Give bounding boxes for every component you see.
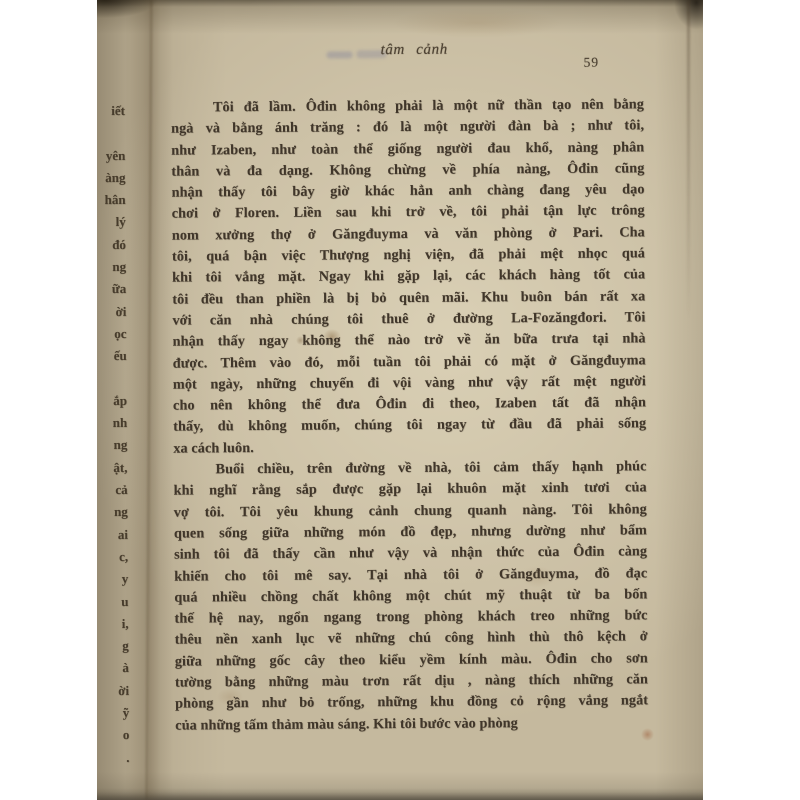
left-page-text-fragment: ời — [97, 301, 126, 324]
left-page-text-fragment: yên — [97, 145, 125, 168]
left-page-text-fragment: à — [99, 657, 129, 680]
left-page-text-fragment: ữa — [97, 278, 126, 301]
text-line: ngà và bằng ánh trăng : đó là một người … — [171, 116, 644, 141]
left-page-text-fragment: c, — [98, 546, 128, 569]
left-page-text-fragment — [97, 367, 127, 390]
left-page-text-fragment: hân — [97, 189, 126, 212]
left-page-text-fragment: ỹ — [99, 702, 129, 725]
left-page-text-fragment: ắp — [97, 390, 127, 413]
left-page-text-fragment: lý — [97, 211, 126, 234]
page-content: iếtyênànghânlýđóngữaờiọcếuắpnhngật,cảnga… — [97, 0, 703, 800]
left-page-text-fragment: ọc — [97, 323, 127, 346]
left-page-text-fragment: i, — [98, 613, 128, 636]
left-page-text-fragment: iết — [97, 100, 125, 123]
bottom-edge-shadow — [97, 788, 703, 800]
text-line: được. Thêm vào đó, mỗi tuần tôi phải có … — [173, 350, 646, 375]
left-page-text-fragment: cả — [98, 479, 128, 502]
left-page-text-fragment — [97, 122, 125, 145]
left-page-text-fragment: ời — [99, 680, 129, 703]
faint-ink-smudge — [327, 48, 389, 60]
running-header-title: tâm cảnh — [381, 42, 448, 59]
left-page-text-fragment: àng — [97, 167, 126, 190]
page-number: 59 — [584, 55, 600, 71]
text-line: khi nghĩ rằng sắp được gặp lại khuôn mặt… — [174, 478, 647, 503]
text-line: phòng gần như bỏ trống, những khu đồng c… — [175, 691, 648, 716]
text-line: khiến cho tôi mê say. Tại nhà tôi ở Găng… — [174, 563, 647, 588]
left-page-text-fragments: iếtyênànghânlýđóngữaờiọcếuắpnhngật,cảnga… — [97, 100, 130, 769]
book-photo: iếtyênànghânlýđóngữaờiọcếuắpnhngật,cảnga… — [97, 0, 703, 800]
left-page-text-fragment: ng — [97, 434, 127, 457]
text-line: thêu nền xanh lục vẽ những chú công hình… — [175, 627, 648, 652]
left-page-text-fragment: o — [99, 724, 129, 747]
left-page-text-fragment: ật, — [97, 457, 127, 480]
left-page-text-fragment: . — [99, 747, 129, 770]
left-page-text-fragment: ng — [97, 256, 126, 279]
left-page-text-fragment: u — [98, 590, 128, 613]
text-line: nhận thấy ngay không thể nào trở về ăn b… — [173, 329, 646, 354]
body-text: Tôi đã lầm. Ôđin không phải là một nữ th… — [171, 94, 648, 736]
left-page-text-fragment: nh — [97, 412, 127, 435]
left-page-text-fragment: đó — [97, 234, 126, 257]
left-page-text-fragment: ai — [98, 524, 128, 547]
text-line: sinh tôi đã thấy cần như vậy và nhận thứ… — [174, 542, 647, 567]
text-line: của những tấm thảm màu sáng. Khi tôi bướ… — [175, 712, 648, 737]
text-line: thấy, dù không muốn, chúng tôi ngay từ đ… — [173, 414, 646, 439]
left-page-text-fragment: ng — [98, 501, 128, 524]
text-line: chơi ở Floren. Liền sau khi trở về, tôi … — [172, 201, 645, 226]
text-line: khi tôi vắng mặt. Ngay khi gặp lại, các … — [172, 265, 645, 290]
left-page-text-fragment: y — [98, 568, 128, 591]
left-page-text-fragment: g — [99, 635, 129, 658]
left-page-text-fragment: ếu — [97, 345, 127, 368]
